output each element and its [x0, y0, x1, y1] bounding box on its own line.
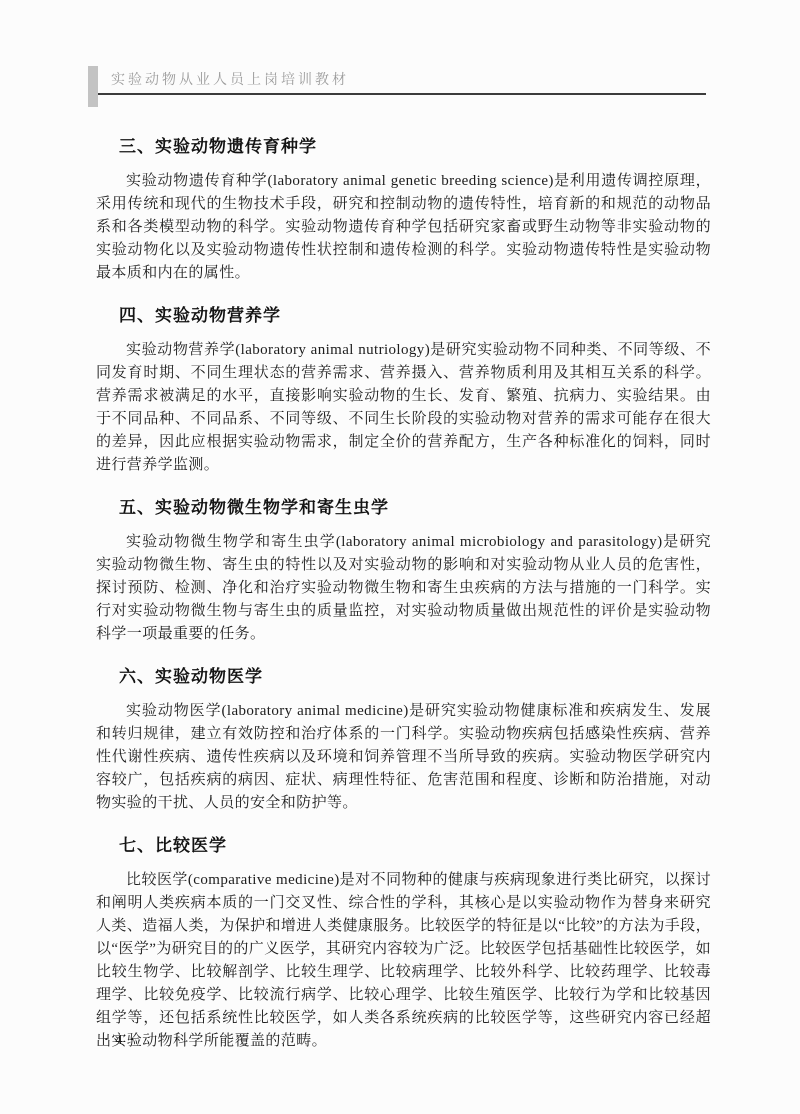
- section-heading: 五、实验动物微生物学和寄生虫学: [96, 497, 711, 518]
- section-paragraph: 实验动物微生物学和寄生虫学(laboratory animal microbio…: [96, 531, 711, 646]
- page-body: 三、实验动物遗传育种学 实验动物遗传育种学(laboratory animal …: [96, 96, 711, 1053]
- section-heading: 四、实验动物营养学: [96, 305, 711, 326]
- folio-right-dot: ·: [130, 1031, 134, 1046]
- folio-left-dot: ·: [104, 1031, 108, 1046]
- section-paragraph: 实验动物医学(laboratory animal medicine)是研究实验动…: [96, 700, 711, 815]
- book-page: 实验动物从业人员上岗培训教材 三、实验动物遗传育种学 实验动物遗传育种学(lab…: [0, 0, 800, 1114]
- running-header-title: 实验动物从业人员上岗培训教材: [111, 69, 349, 89]
- section-heading: 六、实验动物医学: [96, 666, 711, 687]
- section-paragraph: 实验动物营养学(laboratory animal nutriology)是研究…: [96, 339, 711, 477]
- section-paragraph: 实验动物遗传育种学(laboratory animal genetic bree…: [96, 170, 711, 285]
- folio-number: 4: [115, 1033, 123, 1048]
- section-paragraph: 比较医学(comparative medicine)是对不同物种的健康与疾病现象…: [96, 869, 711, 1053]
- section-nutriology: 四、实验动物营养学 实验动物营养学(laboratory animal nutr…: [96, 305, 711, 477]
- section-laboratory-animal-medicine: 六、实验动物医学 实验动物医学(laboratory animal medici…: [96, 666, 711, 815]
- section-heading: 七、比较医学: [96, 835, 711, 856]
- section-microbiology-parasitology: 五、实验动物微生物学和寄生虫学 实验动物微生物学和寄生虫学(laboratory…: [96, 497, 711, 646]
- section-genetic-breeding: 三、实验动物遗传育种学 实验动物遗传育种学(laboratory animal …: [96, 136, 711, 285]
- page-number: ·4·: [97, 1031, 142, 1049]
- section-heading: 三、实验动物遗传育种学: [96, 136, 711, 157]
- header-divider-line: [98, 93, 706, 95]
- section-comparative-medicine: 七、比较医学 比较医学(comparative medicine)是对不同物种的…: [96, 835, 711, 1053]
